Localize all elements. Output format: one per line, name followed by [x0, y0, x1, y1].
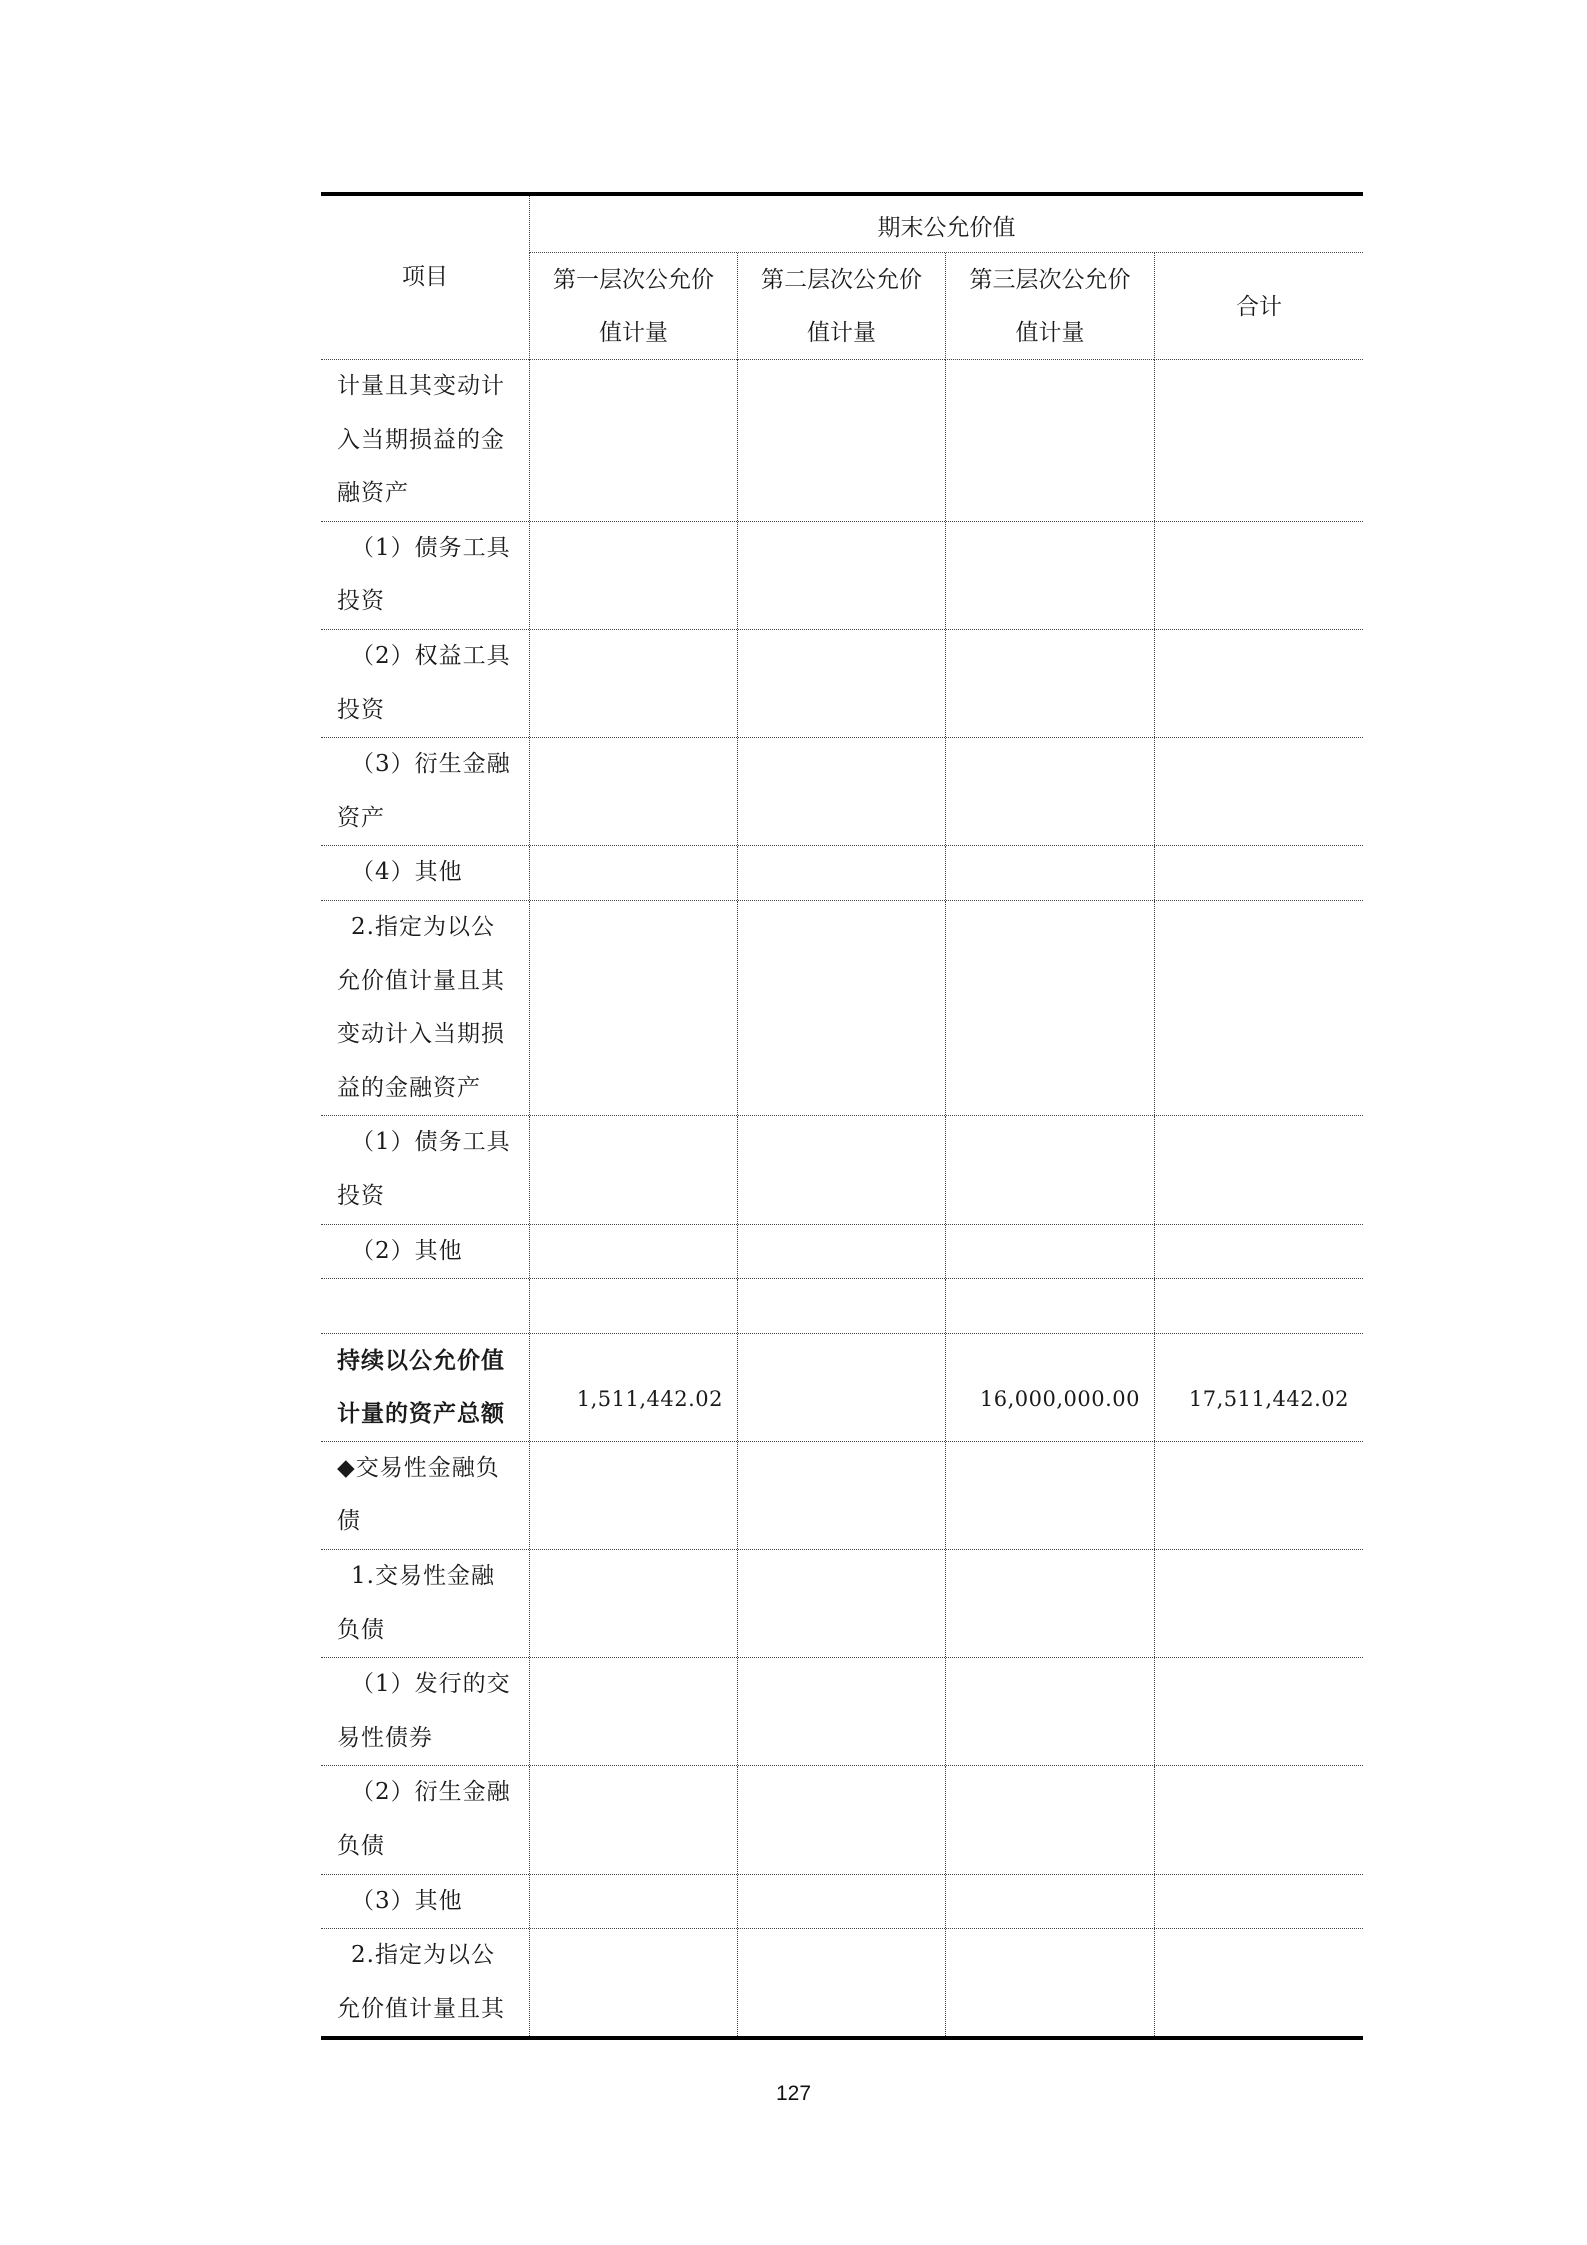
cell-total: [1154, 846, 1363, 900]
row-label-line: （3）衍生金融: [337, 738, 523, 792]
row-label-line: 2.指定为以公: [337, 1929, 523, 1983]
row-label-line: （1）发行的交: [337, 1658, 523, 1712]
cell-level2: [737, 1766, 945, 1873]
row-label-line: 允价值计量且其: [337, 1983, 523, 2037]
row-label: 计量且其变动计入当期损益的金融资产: [321, 360, 529, 521]
row-label: （4）其他: [321, 846, 529, 900]
cell-level3: [945, 522, 1154, 629]
cell-level1: [529, 522, 737, 629]
cell-total: [1154, 360, 1363, 521]
cell-level2: [737, 522, 945, 629]
table-row: （1）发行的交易性债券: [321, 1658, 1363, 1766]
cell-level3: [945, 1225, 1154, 1279]
page-number: 127: [0, 2082, 1587, 2106]
row-label-line: 计量且其变动计: [337, 360, 523, 414]
cell-level3: [945, 1658, 1154, 1765]
row-label: （3）其他: [321, 1875, 529, 1929]
table-row: ◆交易性金融负债: [321, 1442, 1363, 1550]
cell-level1: [529, 1875, 737, 1929]
row-label-line: （3）其他: [337, 1875, 523, 1929]
cell-level3: [945, 1279, 1154, 1333]
header-level3: 第三层次公允价 值计量: [945, 253, 1154, 360]
table-row: （2）衍生金融负债: [321, 1766, 1363, 1874]
row-label-line: （2）权益工具: [337, 630, 523, 684]
cell-total: [1154, 1225, 1363, 1279]
fair-value-table: 项目 期末公允价值 第一层次公允价 值计量 第二层次公允价 值计量 第三层次公允…: [321, 192, 1363, 2040]
table-row: 2.指定为以公允价值计量且其变动计入当期损益的金融资产: [321, 901, 1363, 1116]
cell-level1: [529, 1225, 737, 1279]
row-label-line: 变动计入当期损: [337, 1008, 523, 1062]
header-level2-line1: 第二层次公允价: [761, 254, 922, 307]
row-label: ◆交易性金融负债: [321, 1442, 529, 1549]
row-label-line: 投资: [337, 684, 523, 738]
header-level1: 第一层次公允价 值计量: [529, 253, 737, 360]
cell-level1: [529, 360, 737, 521]
header-total: 合计: [1154, 253, 1363, 360]
row-label-line: 负债: [337, 1604, 523, 1658]
cell-level1: [529, 1442, 737, 1549]
row-label-line: 投资: [337, 575, 523, 629]
cell-total: [1154, 522, 1363, 629]
cell-level1: [529, 1658, 737, 1765]
cell-level3-value: 16,000,000.00: [980, 1363, 1140, 1411]
row-label-line: 计量的资产总额: [337, 1387, 523, 1441]
cell-total: [1154, 1279, 1363, 1333]
row-label: （1）发行的交易性债券: [321, 1658, 529, 1765]
table-row: 计量且其变动计入当期损益的金融资产: [321, 360, 1363, 522]
row-label-line: （4）其他: [337, 846, 523, 900]
cell-level2: [737, 738, 945, 845]
cell-total-value: 17,511,442.02: [1189, 1363, 1349, 1411]
header-level3-line2: 值计量: [1016, 307, 1085, 360]
cell-level2: [737, 846, 945, 900]
cell-level1: [529, 1929, 737, 2036]
row-label-line: 易性债券: [337, 1712, 523, 1766]
cell-level3: [945, 1442, 1154, 1549]
header-period-end-fair-value: 期末公允价值: [529, 196, 1363, 253]
row-label-line: （1）债务工具: [337, 522, 523, 576]
table-row: （3）衍生金融资产: [321, 738, 1363, 846]
cell-level2: [737, 1279, 945, 1333]
cell-total: [1154, 630, 1363, 737]
cell-total: 17,511,442.02: [1154, 1334, 1363, 1441]
cell-level2: [737, 1929, 945, 2036]
table-row: （2）权益工具投资: [321, 630, 1363, 738]
row-label-line: ◆交易性金融负: [337, 1442, 523, 1496]
row-label: （2）衍生金融负债: [321, 1766, 529, 1873]
header-level1-line2: 值计量: [599, 307, 668, 360]
cell-level3: [945, 1550, 1154, 1657]
row-label: （2）其他: [321, 1225, 529, 1279]
cell-level1: [529, 846, 737, 900]
row-label-line: 持续以公允价值: [337, 1334, 523, 1388]
header-level1-line1: 第一层次公允价: [553, 254, 714, 307]
table-row: （2）其他: [321, 1225, 1363, 1280]
table-header: 项目 期末公允价值 第一层次公允价 值计量 第二层次公允价 值计量 第三层次公允…: [321, 196, 1363, 360]
cell-level3: [945, 1766, 1154, 1873]
cell-total: [1154, 1929, 1363, 2036]
cell-total: [1154, 1116, 1363, 1223]
cell-total: [1154, 1550, 1363, 1657]
cell-level1: 1,511,442.02: [529, 1334, 737, 1441]
table-row: 1.交易性金融负债: [321, 1550, 1363, 1658]
row-label-line: 投资: [337, 1170, 523, 1224]
cell-level1: [529, 630, 737, 737]
table-row: [321, 1279, 1363, 1334]
cell-level3: [945, 360, 1154, 521]
row-label-line: 资产: [337, 792, 523, 846]
cell-level1: [529, 738, 737, 845]
row-label: （3）衍生金融资产: [321, 738, 529, 845]
row-label-line: 1.交易性金融: [337, 1550, 523, 1604]
row-label-line: 入当期损益的金: [337, 414, 523, 468]
row-label: [321, 1279, 529, 1333]
cell-total: [1154, 901, 1363, 1115]
cell-total: [1154, 1442, 1363, 1549]
row-label: 1.交易性金融负债: [321, 1550, 529, 1657]
row-label: 2.指定为以公允价值计量且其: [321, 1929, 529, 2036]
row-label: 持续以公允价值计量的资产总额: [321, 1334, 529, 1441]
cell-level3: 16,000,000.00: [945, 1334, 1154, 1441]
cell-level1: [529, 1279, 737, 1333]
cell-level2: [737, 1550, 945, 1657]
cell-total: [1154, 1658, 1363, 1765]
cell-level1: [529, 1550, 737, 1657]
header-level2-line2: 值计量: [807, 307, 876, 360]
cell-level2: [737, 1658, 945, 1765]
cell-level3: [945, 630, 1154, 737]
row-label-line: （2）衍生金融: [337, 1766, 523, 1820]
cell-level2: [737, 630, 945, 737]
row-label: 2.指定为以公允价值计量且其变动计入当期损益的金融资产: [321, 901, 529, 1115]
cell-level2: [737, 901, 945, 1115]
table-row: （1）债务工具投资: [321, 522, 1363, 630]
header-level2: 第二层次公允价 值计量: [737, 253, 945, 360]
row-label-line: （1）债务工具: [337, 1116, 523, 1170]
table-row: 2.指定为以公允价值计量且其: [321, 1929, 1363, 2036]
header-item: 项目: [321, 196, 529, 360]
header-total-label: 合计: [1236, 281, 1282, 334]
cell-total: [1154, 1875, 1363, 1929]
table-body: 计量且其变动计入当期损益的金融资产（1）债务工具投资（2）权益工具投资（3）衍生…: [321, 360, 1363, 2036]
cell-level1: [529, 1766, 737, 1873]
row-label-line: 允价值计量且其: [337, 955, 523, 1009]
cell-level1: [529, 901, 737, 1115]
row-label-line: （2）其他: [337, 1225, 523, 1279]
cell-level2: [737, 1875, 945, 1929]
cell-level3: [945, 901, 1154, 1115]
cell-level1-value: 1,511,442.02: [577, 1363, 723, 1411]
cell-level3: [945, 1875, 1154, 1929]
header-level3-line1: 第三层次公允价: [970, 254, 1131, 307]
row-label-line: 2.指定为以公: [337, 901, 523, 955]
row-label: （1）债务工具投资: [321, 522, 529, 629]
cell-level1: [529, 1116, 737, 1223]
table-row: （1）债务工具投资: [321, 1116, 1363, 1224]
row-label-line: 债: [337, 1495, 523, 1549]
cell-level2: [737, 1225, 945, 1279]
row-label: （1）债务工具投资: [321, 1116, 529, 1223]
cell-level2: [737, 360, 945, 521]
table-row: （4）其他: [321, 846, 1363, 901]
row-label-line: 负债: [337, 1820, 523, 1874]
cell-level2: [737, 1442, 945, 1549]
cell-level2: [737, 1334, 945, 1441]
cell-level3: [945, 738, 1154, 845]
cell-level3: [945, 1116, 1154, 1223]
cell-level3: [945, 1929, 1154, 2036]
cell-level2: [737, 1116, 945, 1223]
cell-total: [1154, 738, 1363, 845]
cell-total: [1154, 1766, 1363, 1873]
row-label-line: 融资产: [337, 467, 523, 521]
row-label-line: 益的金融资产: [337, 1062, 523, 1116]
table-row: （3）其他: [321, 1875, 1363, 1930]
table-row: 持续以公允价值计量的资产总额1,511,442.0216,000,000.001…: [321, 1334, 1363, 1442]
row-label: （2）权益工具投资: [321, 630, 529, 737]
cell-level3: [945, 846, 1154, 900]
